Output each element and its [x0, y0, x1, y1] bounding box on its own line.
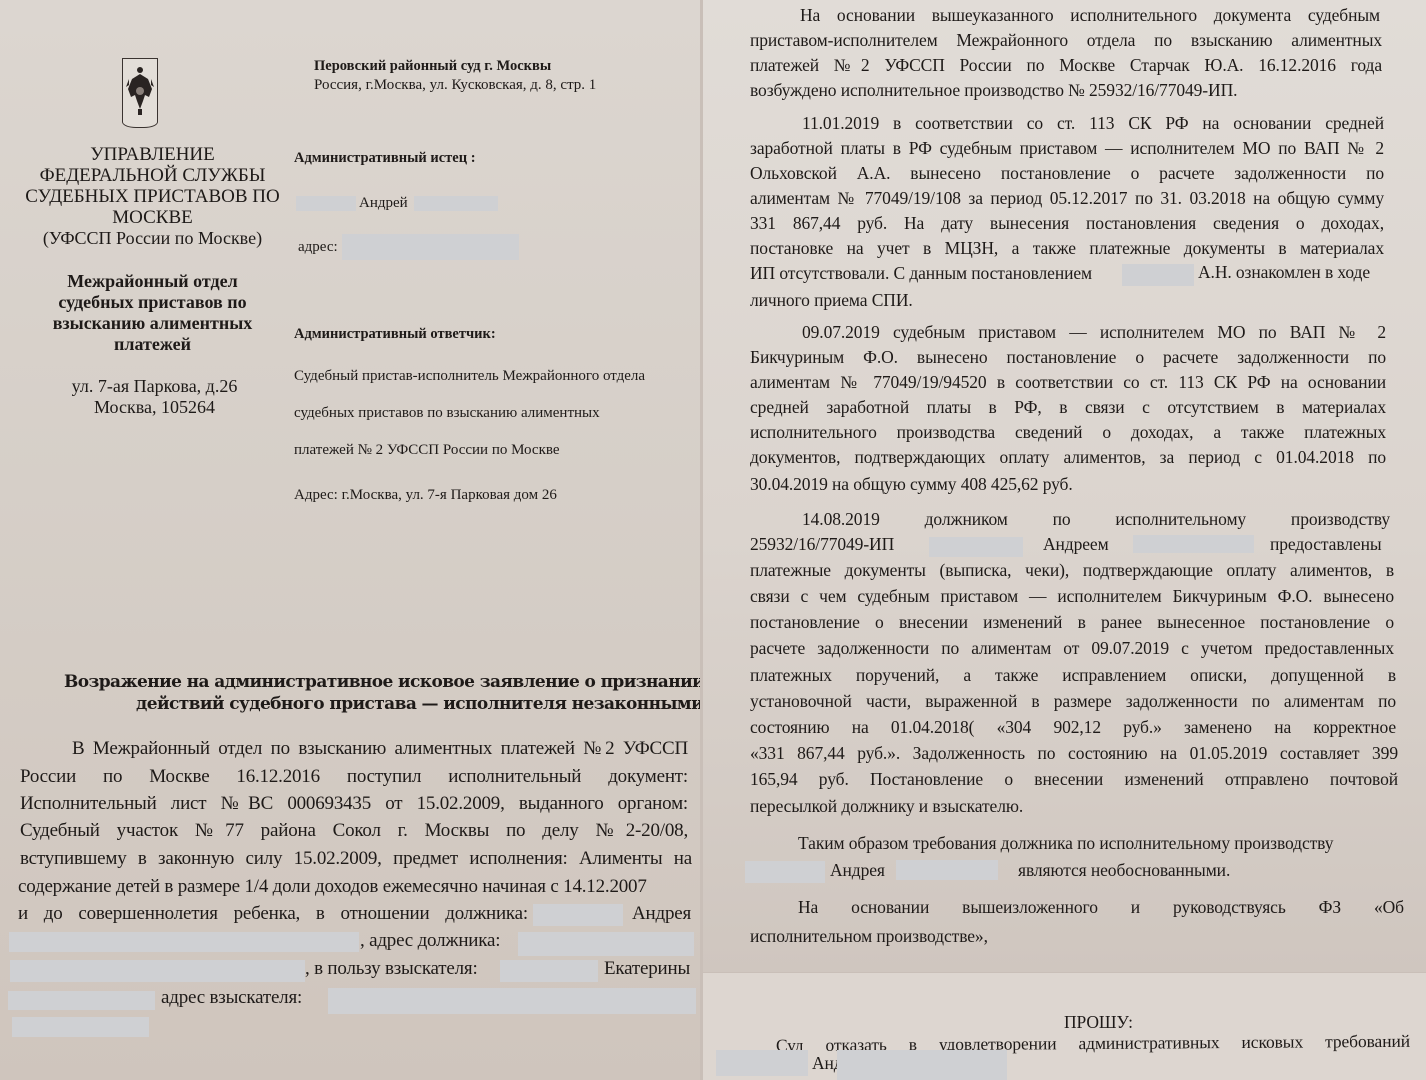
redaction-box — [10, 960, 305, 982]
redaction-box — [929, 537, 1023, 557]
defendant-line: Судебный пристав-исполнитель Межрайонног… — [294, 368, 645, 385]
body-line: На основании вышеизложенного и руководст… — [798, 897, 1404, 918]
body-line: платежных поручений, а также исправление… — [750, 665, 1396, 686]
department-line: судебных приставов по — [20, 292, 285, 313]
body-line: Таким образом требования должника по исп… — [798, 833, 1333, 854]
body-line: алиментам № 77049/19/108 за период 05.12… — [750, 188, 1384, 209]
body-line: «331 867,44 руб.». Задолженность по сост… — [750, 743, 1398, 764]
body-line: заработной платы в РФ судебным приставом… — [750, 138, 1384, 159]
body-line: постановке на учет в МЦЗН, а также плате… — [750, 238, 1384, 259]
body-line: вступившему в законную силу 15.02.2009, … — [20, 848, 692, 870]
plaintiff-address-label: адрес: — [298, 239, 338, 256]
department-address: Москва, 105264 — [22, 397, 287, 418]
redaction-box — [716, 1050, 808, 1076]
court-name: Перовский районный суд г. Москвы — [314, 58, 551, 75]
body-line: средней заработной платы в РФ, в связи с… — [750, 397, 1386, 418]
coat-of-arms-icon — [122, 58, 158, 128]
defendant-label: Административный ответчик: — [294, 326, 496, 343]
body-line: 165,94 руб. Постановление о внесении изм… — [750, 769, 1398, 790]
defendant-address: Адрес: г.Москва, ул. 7-я Парковая дом 26 — [294, 487, 557, 504]
body-line: возбуждено исполнительное производство №… — [750, 80, 1390, 101]
plaintiff-name: Андрей — [359, 195, 408, 212]
body-line: На основании вышеуказанного исполнительн… — [800, 5, 1380, 26]
body-line: России по Москве 16.12.2016 поступил исп… — [20, 766, 688, 788]
defendant-line: платежей № 2 УФССП России по Москве — [294, 442, 560, 459]
org-header-line: (УФССП России по Москве) — [20, 228, 285, 249]
body-line: 30.04.2019 на общую сумму 408 425,62 руб… — [750, 474, 1390, 495]
debtor-name: Андреем — [1043, 534, 1109, 555]
body-line: В Межрайонный отдел по взысканию алимент… — [72, 738, 688, 760]
body-line: Исполнительный лист №ВС 000693435 от 15.… — [20, 793, 688, 815]
redaction-box — [896, 860, 998, 880]
body-line: 331 867,44 руб. На дату вынесения постан… — [750, 213, 1384, 234]
body-line: содержание детей в размере 1/4 доли дохо… — [18, 876, 647, 898]
org-header-line: ФЕДЕРАЛЬНОЙ СЛУЖБЫ — [20, 165, 285, 186]
redaction-box — [1122, 264, 1194, 286]
body-line: 09.07.2019 судебным приставом — исполнит… — [802, 322, 1386, 343]
redaction-box — [328, 988, 696, 1014]
redaction-box — [9, 932, 359, 952]
department-line: Межрайонный отдел — [20, 271, 285, 292]
redaction-box — [837, 1050, 1007, 1080]
body-line: пересылкой должнику и взыскателю. — [750, 796, 1390, 817]
body-line: Бикчуриным Ф.О. вынесено постановление о… — [750, 347, 1386, 368]
body-line: установочной части, выраженной в размере… — [750, 691, 1396, 712]
creditor-name: Екатерины — [604, 958, 690, 980]
body-line: 25932/16/77049-ИП — [750, 534, 894, 555]
document-page-left: УПРАВЛЕНИЕ ФЕДЕРАЛЬНОЙ СЛУЖБЫ СУДЕБНЫХ П… — [0, 0, 700, 1080]
redaction-box — [414, 196, 498, 211]
body-line: и до совершеннолетия ребенка, в отношени… — [18, 903, 528, 925]
redaction-box — [342, 234, 519, 260]
body-line: личного приема СПИ. — [750, 290, 1390, 311]
body-line: Судебный участок №77 района Сокол г. Мос… — [20, 820, 688, 842]
redaction-box — [745, 861, 825, 883]
body-line: , адрес должника: — [360, 930, 500, 952]
document-title: Возражение на административное исковое з… — [64, 672, 700, 692]
plaintiff-label: Административный истец : — [294, 150, 476, 167]
document-title: действий судебного пристава — исполнител… — [136, 694, 700, 714]
body-line: приставом-исполнителем Межрайонного отде… — [750, 30, 1382, 51]
body-line: , в пользу взыскателя: — [305, 958, 478, 980]
body-line: исполнительном производстве», — [750, 926, 1390, 947]
body-line: предоставлены — [1270, 534, 1382, 555]
body-line: связи с чем судебным приставом — исполни… — [750, 586, 1394, 607]
defendant-line: судебных приставов по взысканию алиментн… — [294, 405, 600, 422]
body-line: А.Н. ознакомлен в ходе — [1198, 262, 1370, 283]
body-line: исполнительного производства сведений о … — [750, 422, 1386, 443]
body-line: Ольховской А.А. вынесено постановление о… — [750, 163, 1384, 184]
body-line: 11.01.2019 в соответствии со ст. 113 СК … — [802, 113, 1384, 134]
redaction-box — [500, 960, 598, 982]
body-line: документов, подтверждающих оплату алимен… — [750, 447, 1386, 468]
body-line: постановление о внесении изменений в ран… — [750, 612, 1394, 633]
body-line: платежные документы (выписка, чеки), под… — [750, 560, 1394, 581]
body-line: расчете задолженности по алиментам от 09… — [750, 638, 1394, 659]
body-line: адрес взыскателя: — [161, 987, 302, 1009]
org-header-line: УПРАВЛЕНИЕ — [20, 144, 285, 165]
org-header-line: СУДЕБНЫХ ПРИСТАВОВ ПО — [20, 186, 285, 207]
department-line: взысканию алиментных — [20, 313, 285, 334]
redaction-box — [533, 904, 623, 926]
debtor-name: Андрея — [632, 903, 691, 925]
department-address: ул. 7-ая Паркова, д.26 — [22, 376, 287, 397]
body-line: платежей №2 УФССП России по Москве Старч… — [750, 55, 1382, 76]
org-header-line: МОСКВЕ — [20, 207, 285, 228]
redaction-box — [296, 196, 356, 211]
redaction-box — [518, 932, 694, 956]
redaction-box — [12, 1017, 149, 1037]
request-heading: ПРОШУ: — [1064, 1012, 1133, 1033]
debtor-name: Андрея — [830, 860, 885, 881]
body-line: состоянию на 01.04.2018( «304 902,12 руб… — [750, 717, 1396, 738]
body-line: являются необоснованными. — [1018, 860, 1230, 881]
redaction-box — [8, 991, 155, 1010]
body-line: ИП отсутствовали. С данным постановление… — [750, 263, 1092, 284]
redaction-box — [1133, 535, 1254, 553]
body-line: алиментам № 77049/19/94520 в соответстви… — [750, 372, 1386, 393]
body-line: 14.08.2019 должником по исполнительному … — [802, 509, 1390, 530]
court-address: Россия, г.Москва, ул. Кусковская, д. 8, … — [314, 77, 596, 94]
department-line: платежей — [20, 334, 285, 355]
